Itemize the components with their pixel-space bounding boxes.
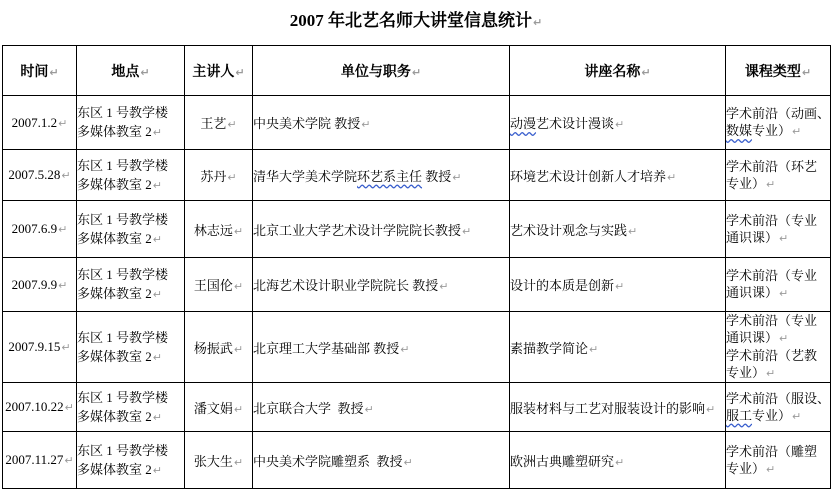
course-type-text: 专业） bbox=[726, 461, 765, 476]
return-mark-icon: ↵ bbox=[57, 223, 67, 236]
location-line2: 多媒体教室 2↵ bbox=[77, 122, 184, 142]
cell-lecture: 服装材料与工艺对服装设计的影响↵ bbox=[510, 383, 726, 432]
location-line2-text: 多媒体教室 2 bbox=[77, 124, 152, 139]
unit-text: 北京工业大学艺术设计学院院长教授 bbox=[253, 223, 461, 238]
cell-location: 东区 1 号教学楼 多媒体教室 2↵ bbox=[77, 258, 185, 312]
date-text: 2007.11.27 bbox=[5, 452, 63, 467]
cell-unit: 清华大学美术学院环艺系主任 教授↵ bbox=[253, 150, 510, 201]
return-mark-icon: ↵ bbox=[399, 343, 409, 356]
return-mark-icon: ↵ bbox=[705, 403, 715, 416]
course-type-line: 服工专业）↵ bbox=[726, 407, 830, 425]
location-line2-text: 多媒体教室 2 bbox=[77, 462, 152, 477]
location-line1: 东区 1 号教学楼 bbox=[77, 441, 184, 460]
return-mark-icon: ↵ bbox=[57, 117, 67, 130]
return-mark-icon: ↵ bbox=[152, 179, 162, 192]
location-line1: 东区 1 号教学楼 bbox=[77, 156, 184, 175]
return-mark-icon: ↵ bbox=[152, 464, 162, 477]
course-type-line: 学术前沿（动画、 bbox=[726, 105, 830, 122]
cell-unit: 北京理工大学基础部 教授↵ bbox=[253, 312, 510, 383]
course-type-text: 专业） bbox=[726, 365, 765, 380]
spellcheck-wavy-text: 环艺系主任 bbox=[357, 169, 422, 184]
unit-text: 北京联合大学 教授 bbox=[253, 401, 364, 416]
lecture-text: 欧洲古典雕塑研究 bbox=[510, 454, 614, 469]
location-line1: 东区 1 号教学楼 bbox=[77, 103, 184, 122]
cell-course-type: 学术前沿（服设、 服工专业）↵ bbox=[726, 383, 831, 432]
return-mark-icon: ↵ bbox=[438, 280, 448, 293]
course-type-text: 专业） bbox=[752, 408, 791, 423]
return-mark-icon: ↵ bbox=[778, 332, 788, 345]
return-mark-icon: ↵ bbox=[461, 225, 471, 238]
date-text: 2007.5.28 bbox=[8, 167, 60, 182]
cell-lecture: 动漫艺术设计漫谈↵ bbox=[510, 96, 726, 150]
cell-date: 2007.11.27↵ bbox=[3, 432, 77, 489]
col-header-label: 讲座名称 bbox=[584, 65, 640, 80]
return-mark-icon: ↵ bbox=[233, 456, 243, 469]
return-mark-icon: ↵ bbox=[791, 410, 801, 423]
spellcheck-wavy-text: 数媒 bbox=[726, 123, 752, 138]
header-row: 时间↵ 地点↵ 主讲人↵ 单位与职务↵ 讲座名称↵ 课程类型↵ bbox=[3, 46, 831, 96]
speaker-text: 张大生 bbox=[194, 454, 233, 469]
return-mark-icon: ↵ bbox=[233, 343, 243, 356]
course-type-line: 通识课）↵ bbox=[726, 329, 830, 347]
return-mark-icon: ↵ bbox=[765, 367, 775, 380]
cell-location: 东区 1 号教学楼 多媒体教室 2↵ bbox=[77, 201, 185, 258]
document-title-text: 2007 年北艺名师大讲堂信息统计 bbox=[290, 11, 532, 30]
return-mark-icon: ↵ bbox=[778, 232, 788, 245]
return-mark-icon: ↵ bbox=[451, 171, 461, 184]
return-mark-icon: ↵ bbox=[233, 280, 243, 293]
cell-date: 2007.5.28↵ bbox=[3, 150, 77, 201]
cell-course-type: 学术前沿（专业 通识课）↵ bbox=[726, 201, 831, 258]
return-mark-icon: ↵ bbox=[411, 66, 421, 79]
table-row: 2007.1.2↵ 东区 1 号教学楼 多媒体教室 2↵ 王艺↵ 中央美术学院 … bbox=[3, 96, 831, 150]
return-mark-icon: ↵ bbox=[588, 343, 598, 356]
return-mark-icon: ↵ bbox=[152, 411, 162, 424]
course-type-text: 通识课） bbox=[726, 330, 778, 345]
lecture-text: 艺术设计漫谈 bbox=[536, 116, 614, 131]
date-text: 2007.6.9 bbox=[12, 221, 58, 236]
table-row: 2007.5.28↵ 东区 1 号教学楼 多媒体教室 2↵ 苏丹↵ 清华大学美术… bbox=[3, 150, 831, 201]
course-type-text: 专业） bbox=[752, 123, 791, 138]
cell-unit: 北京联合大学 教授↵ bbox=[253, 383, 510, 432]
return-mark-icon: ↵ bbox=[152, 288, 162, 301]
date-text: 2007.9.9 bbox=[12, 277, 58, 292]
cell-speaker: 王国伦↵ bbox=[185, 258, 253, 312]
location-line2-text: 多媒体教室 2 bbox=[77, 231, 152, 246]
return-mark-icon: ↵ bbox=[627, 225, 637, 238]
course-type-line: 专业）↵ bbox=[726, 460, 830, 478]
return-mark-icon: ↵ bbox=[765, 178, 775, 191]
course-type-line: 数媒专业）↵ bbox=[726, 122, 830, 140]
cell-location: 东区 1 号教学楼 多媒体教室 2↵ bbox=[77, 383, 185, 432]
return-mark-icon: ↵ bbox=[801, 66, 811, 79]
course-type-line: 学术前沿（雕塑 bbox=[726, 443, 830, 460]
return-mark-icon: ↵ bbox=[791, 125, 801, 138]
cell-location: 东区 1 号教学楼 多媒体教室 2↵ bbox=[77, 96, 185, 150]
cell-unit: 中央美术学院 教授↵ bbox=[253, 96, 510, 150]
cell-course-type: 学术前沿（环艺 专业）↵ bbox=[726, 150, 831, 201]
return-mark-icon: ↵ bbox=[640, 66, 650, 79]
cell-date: 2007.10.22↵ bbox=[3, 383, 77, 432]
cell-lecture: 艺术设计观念与实践↵ bbox=[510, 201, 726, 258]
table-row: 2007.11.27↵ 东区 1 号教学楼 多媒体教室 2↵ 张大生↵ 中央美术… bbox=[3, 432, 831, 489]
return-mark-icon: ↵ bbox=[226, 118, 236, 131]
location-line2-text: 多媒体教室 2 bbox=[77, 349, 152, 364]
cell-course-type: 学术前沿（动画、 数媒专业）↵ bbox=[726, 96, 831, 150]
location-line2: 多媒体教室 2↵ bbox=[77, 175, 184, 195]
date-text: 2007.10.22 bbox=[5, 399, 64, 414]
lecture-text: 服装材料与工艺对服装设计的影响 bbox=[510, 401, 705, 416]
course-type-line: 通识课）↵ bbox=[726, 284, 830, 302]
unit-text: 北海艺术设计职业学院院长 教授 bbox=[253, 278, 438, 293]
return-mark-icon: ↵ bbox=[152, 126, 162, 139]
return-mark-icon: ↵ bbox=[614, 456, 624, 469]
return-mark-icon: ↵ bbox=[403, 456, 413, 469]
location-line2: 多媒体教室 2↵ bbox=[77, 407, 184, 427]
return-mark-icon: ↵ bbox=[765, 463, 775, 476]
return-mark-icon: ↵ bbox=[60, 341, 70, 354]
location-line1: 东区 1 号教学楼 bbox=[77, 265, 184, 284]
cell-course-type: 学术前沿（专业 通识课）↵ bbox=[726, 258, 831, 312]
speaker-text: 王艺 bbox=[200, 116, 226, 131]
lecture-info-table: 时间↵ 地点↵ 主讲人↵ 单位与职务↵ 讲座名称↵ 课程类型↵ 2007.1.2… bbox=[2, 45, 831, 489]
lecture-text: 设计的本质是创新 bbox=[510, 278, 614, 293]
return-mark-icon: ↵ bbox=[152, 233, 162, 246]
col-header-lecture-name: 讲座名称↵ bbox=[510, 46, 726, 96]
return-mark-icon: ↵ bbox=[532, 16, 542, 29]
location-line2: 多媒体教室 2↵ bbox=[77, 347, 184, 367]
col-header-location: 地点↵ bbox=[77, 46, 185, 96]
word-document-page: 2007 年北艺名师大讲堂信息统计↵ 时间↵ 地点↵ 主讲人↵ 单位与职务↵ 讲… bbox=[0, 0, 832, 490]
return-mark-icon: ↵ bbox=[360, 118, 370, 131]
location-line1: 东区 1 号教学楼 bbox=[77, 388, 184, 407]
speaker-text: 王国伦 bbox=[194, 278, 233, 293]
return-mark-icon: ↵ bbox=[233, 225, 243, 238]
cell-location: 东区 1 号教学楼 多媒体教室 2↵ bbox=[77, 150, 185, 201]
course-type-line: 学术前沿（艺教 bbox=[726, 347, 830, 364]
unit-text: 中央美术学院 教授 bbox=[253, 116, 360, 131]
cell-unit: 北海艺术设计职业学院院长 教授↵ bbox=[253, 258, 510, 312]
cell-date: 2007.9.9↵ bbox=[3, 258, 77, 312]
course-type-text: 专业） bbox=[726, 176, 765, 191]
return-mark-icon: ↵ bbox=[614, 118, 624, 131]
speaker-text: 潘文娟 bbox=[194, 401, 233, 416]
location-line2-text: 多媒体教室 2 bbox=[77, 409, 152, 424]
location-line1: 东区 1 号教学楼 bbox=[77, 328, 184, 347]
col-header-label: 地点 bbox=[111, 65, 139, 80]
cell-unit: 北京工业大学艺术设计学院院长教授↵ bbox=[253, 201, 510, 258]
lecture-text: 艺术设计观念与实践 bbox=[510, 223, 627, 238]
return-mark-icon: ↵ bbox=[364, 403, 374, 416]
col-header-label: 主讲人 bbox=[192, 65, 234, 80]
cell-lecture: 欧洲古典雕塑研究↵ bbox=[510, 432, 726, 489]
cell-speaker: 潘文娟↵ bbox=[185, 383, 253, 432]
course-type-text: 通识课） bbox=[726, 285, 778, 300]
return-mark-icon: ↵ bbox=[226, 171, 236, 184]
cell-course-type: 学术前沿（专业 通识课）↵ 学术前沿（艺教 专业）↵ bbox=[726, 312, 831, 383]
speaker-text: 林志远 bbox=[194, 223, 233, 238]
speaker-text: 苏丹 bbox=[200, 169, 226, 184]
cell-date: 2007.6.9↵ bbox=[3, 201, 77, 258]
course-type-line: 学术前沿（专业 bbox=[726, 312, 830, 329]
return-mark-icon: ↵ bbox=[234, 66, 244, 79]
cell-speaker: 苏丹↵ bbox=[185, 150, 253, 201]
unit-text: 教授 bbox=[422, 169, 451, 184]
return-mark-icon: ↵ bbox=[63, 454, 73, 467]
cell-lecture: 环境艺术设计创新人才培养↵ bbox=[510, 150, 726, 201]
return-mark-icon: ↵ bbox=[152, 351, 162, 364]
location-line2: 多媒体教室 2↵ bbox=[77, 284, 184, 304]
return-mark-icon: ↵ bbox=[48, 66, 58, 79]
col-header-course-type: 课程类型↵ bbox=[726, 46, 831, 96]
cell-unit: 中央美术学院雕塑系 教授↵ bbox=[253, 432, 510, 489]
return-mark-icon: ↵ bbox=[614, 280, 624, 293]
spellcheck-wavy-text: 服工 bbox=[726, 408, 752, 423]
return-mark-icon: ↵ bbox=[139, 66, 149, 79]
course-type-line: 专业）↵ bbox=[726, 364, 830, 382]
return-mark-icon: ↵ bbox=[666, 171, 676, 184]
table-row: 2007.10.22↵ 东区 1 号教学楼 多媒体教室 2↵ 潘文娟↵ 北京联合… bbox=[3, 383, 831, 432]
col-header-speaker: 主讲人↵ bbox=[185, 46, 253, 96]
cell-location: 东区 1 号教学楼 多媒体教室 2↵ bbox=[77, 312, 185, 383]
location-line2: 多媒体教室 2↵ bbox=[77, 460, 184, 480]
course-type-line: 学术前沿（专业 bbox=[726, 267, 830, 284]
course-type-line: 学术前沿（专业 bbox=[726, 212, 830, 229]
unit-text: 清华大学美术学院 bbox=[253, 169, 357, 184]
cell-speaker: 张大生↵ bbox=[185, 432, 253, 489]
cell-date: 2007.9.15↵ bbox=[3, 312, 77, 383]
return-mark-icon: ↵ bbox=[64, 401, 74, 414]
return-mark-icon: ↵ bbox=[57, 279, 67, 292]
return-mark-icon: ↵ bbox=[233, 403, 243, 416]
table-row: 2007.9.9↵ 东区 1 号教学楼 多媒体教室 2↵ 王国伦↵ 北海艺术设计… bbox=[3, 258, 831, 312]
unit-text: 中央美术学院雕塑系 教授 bbox=[253, 454, 403, 469]
col-header-label: 单位与职务 bbox=[341, 65, 411, 80]
course-type-line: 通识课）↵ bbox=[726, 229, 830, 247]
col-header-label: 课程类型 bbox=[745, 65, 801, 80]
unit-text: 北京理工大学基础部 教授 bbox=[253, 341, 399, 356]
cell-lecture: 素描教学简论↵ bbox=[510, 312, 726, 383]
speaker-text: 杨振武 bbox=[194, 341, 233, 356]
table-row: 2007.6.9↵ 东区 1 号教学楼 多媒体教室 2↵ 林志远↵ 北京工业大学… bbox=[3, 201, 831, 258]
course-type-line: 学术前沿（环艺 bbox=[726, 158, 830, 175]
col-header-unit-title: 单位与职务↵ bbox=[253, 46, 510, 96]
cell-speaker: 林志远↵ bbox=[185, 201, 253, 258]
col-header-time: 时间↵ bbox=[3, 46, 77, 96]
return-mark-icon: ↵ bbox=[778, 287, 788, 300]
date-text: 2007.9.15 bbox=[8, 339, 60, 354]
return-mark-icon: ↵ bbox=[60, 169, 70, 182]
course-type-line: 学术前沿（服设、 bbox=[726, 390, 830, 407]
cell-date: 2007.1.2↵ bbox=[3, 96, 77, 150]
cell-lecture: 设计的本质是创新↵ bbox=[510, 258, 726, 312]
location-line1: 东区 1 号教学楼 bbox=[77, 210, 184, 229]
location-line2-text: 多媒体教室 2 bbox=[77, 177, 152, 192]
course-type-text: 通识课） bbox=[726, 230, 778, 245]
cell-speaker: 杨振武↵ bbox=[185, 312, 253, 383]
cell-speaker: 王艺↵ bbox=[185, 96, 253, 150]
spellcheck-wavy-text: 动漫 bbox=[510, 116, 536, 131]
location-line2: 多媒体教室 2↵ bbox=[77, 229, 184, 249]
lecture-text: 环境艺术设计创新人才培养 bbox=[510, 169, 666, 184]
table-row: 2007.9.15↵ 东区 1 号教学楼 多媒体教室 2↵ 杨振武↵ 北京理工大… bbox=[3, 312, 831, 383]
location-line2-text: 多媒体教室 2 bbox=[77, 286, 152, 301]
col-header-label: 时间 bbox=[20, 65, 48, 80]
document-title: 2007 年北艺名师大讲堂信息统计↵ bbox=[0, 8, 832, 36]
lecture-text: 素描教学简论 bbox=[510, 341, 588, 356]
cell-location: 东区 1 号教学楼 多媒体教室 2↵ bbox=[77, 432, 185, 489]
course-type-line: 专业）↵ bbox=[726, 175, 830, 193]
cell-course-type: 学术前沿（雕塑 专业）↵ bbox=[726, 432, 831, 489]
date-text: 2007.1.2 bbox=[12, 115, 58, 130]
